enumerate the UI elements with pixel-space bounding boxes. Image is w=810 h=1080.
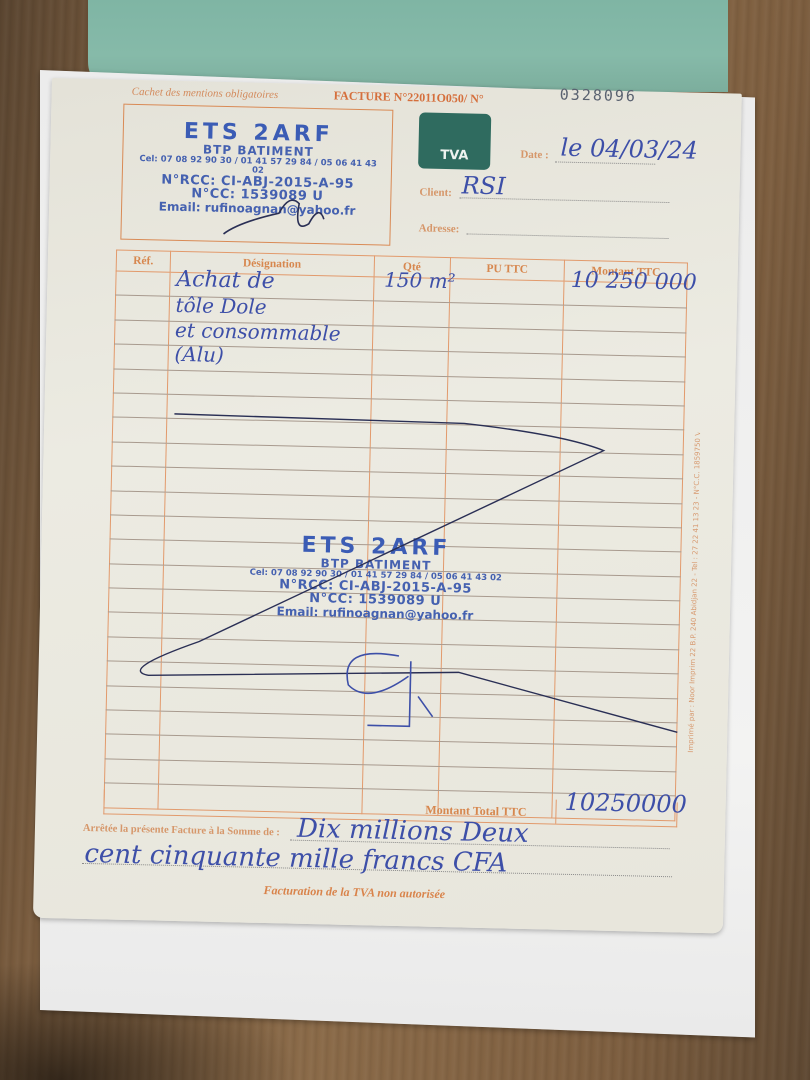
amount-in-words-label: Arrêtée la présente Facture à la Somme d… bbox=[83, 823, 280, 838]
date-value: le 04/03/24 bbox=[560, 134, 698, 165]
cell-qty bbox=[371, 350, 448, 376]
empty-cell bbox=[370, 423, 447, 449]
empty-cell bbox=[438, 766, 553, 793]
client-value: RSI bbox=[461, 171, 506, 200]
printer-imprint: Imprimé par : Noor Imprim 22 B.P. 240 Ab… bbox=[687, 433, 708, 753]
empty-cell bbox=[111, 466, 165, 492]
empty-cell bbox=[447, 376, 562, 403]
qty-text: 150 m² bbox=[384, 268, 456, 294]
cell-unit-price bbox=[449, 279, 564, 306]
empty-cell bbox=[439, 742, 554, 769]
tva-badge: TVA bbox=[418, 112, 491, 170]
stamp-caption: Cachet des mentions obligatoires bbox=[132, 86, 279, 101]
empty-cell bbox=[112, 417, 166, 443]
designation-text: Achat de bbox=[176, 267, 275, 294]
empty-cell bbox=[363, 740, 440, 766]
empty-cell bbox=[558, 525, 681, 552]
cell-amount: 10 250 000 bbox=[564, 281, 687, 308]
cell-amount bbox=[563, 306, 686, 333]
empty-cell bbox=[559, 476, 682, 503]
empty-cell bbox=[440, 669, 555, 696]
empty-cell bbox=[105, 759, 159, 785]
empty-cell bbox=[369, 472, 446, 498]
empty-cell bbox=[112, 442, 166, 468]
empty-cell bbox=[363, 716, 440, 742]
empty-cell bbox=[557, 598, 680, 625]
amount-text: 10 250 000 bbox=[571, 268, 698, 296]
cell-ref bbox=[115, 295, 169, 321]
company-stamp-box: ETS 2ARF BTP BATIMENT Cel: 07 08 92 90 3… bbox=[120, 104, 393, 246]
empty-cell bbox=[106, 686, 160, 712]
empty-cell bbox=[109, 564, 163, 590]
client-label: Client: bbox=[419, 186, 452, 199]
cell-qty bbox=[373, 301, 450, 327]
cell-qty bbox=[372, 326, 449, 352]
empty-cell bbox=[113, 393, 167, 419]
total-value: 10250000 bbox=[564, 788, 687, 819]
empty-cell bbox=[113, 369, 167, 395]
empty-cell bbox=[440, 693, 555, 720]
empty-cell bbox=[439, 717, 554, 744]
total-cell: 10250000 bbox=[555, 800, 677, 827]
empty-cell bbox=[370, 399, 447, 425]
address-label: Adresse: bbox=[419, 222, 460, 235]
date-label: Date : bbox=[520, 149, 549, 162]
company-stamp-center: ETS 2ARF BTP BATIMENT Cel: 07 08 92 90 3… bbox=[240, 532, 512, 623]
empty-cell bbox=[441, 644, 556, 671]
col-ref: Réf. bbox=[116, 250, 170, 272]
empty-cell bbox=[105, 734, 159, 760]
empty-cell bbox=[560, 427, 683, 454]
cell-unit-price bbox=[449, 303, 564, 330]
empty-cell bbox=[441, 620, 556, 647]
empty-cell bbox=[560, 452, 683, 479]
empty-cell bbox=[371, 374, 448, 400]
invoice-serial-number: 0328096 bbox=[560, 86, 638, 106]
empty-cell bbox=[365, 643, 442, 669]
empty-cell bbox=[365, 618, 442, 644]
empty-cell bbox=[446, 400, 561, 427]
empty-cell bbox=[107, 661, 161, 687]
empty-cell bbox=[107, 637, 161, 663]
cell-amount bbox=[563, 330, 686, 357]
empty-cell bbox=[562, 379, 685, 406]
empty-cell bbox=[554, 696, 677, 723]
empty-cell bbox=[445, 474, 560, 501]
empty-cell bbox=[555, 647, 678, 674]
invoice-number-label: FACTURE N°22011O050/ N° bbox=[333, 88, 483, 106]
empty-cell bbox=[558, 549, 681, 576]
designation-text: tôle Dole bbox=[175, 293, 267, 319]
empty-cell bbox=[364, 691, 441, 717]
cell-ref bbox=[114, 344, 168, 370]
cell-qty: 150 m² bbox=[373, 277, 450, 303]
empty-cell bbox=[110, 515, 164, 541]
empty-cell bbox=[364, 667, 441, 693]
empty-cell bbox=[445, 449, 560, 476]
empty-cell bbox=[111, 490, 165, 516]
company-stamp: ETS 2ARF BTP BATIMENT Cel: 07 08 92 90 3… bbox=[132, 119, 384, 218]
designation-text: et consommable bbox=[175, 318, 341, 346]
empty-cell bbox=[556, 623, 679, 650]
footer-note: Facturation de la TVA non autorisée bbox=[263, 883, 445, 902]
empty-cell bbox=[108, 612, 162, 638]
empty-cell bbox=[553, 744, 676, 771]
empty-cell bbox=[557, 574, 680, 601]
empty-cell bbox=[555, 671, 678, 698]
empty-cell bbox=[559, 501, 682, 528]
empty-cell bbox=[444, 498, 559, 525]
cell-amount bbox=[562, 354, 685, 381]
empty-cell bbox=[109, 539, 163, 565]
col-unit-price: PU TTC bbox=[450, 258, 565, 282]
empty-cell bbox=[106, 710, 160, 736]
cell-ref bbox=[116, 271, 170, 297]
empty-cell bbox=[369, 448, 446, 474]
cell-unit-price bbox=[448, 327, 563, 354]
empty-cell bbox=[446, 425, 561, 452]
designation-text: (Alu) bbox=[174, 342, 224, 367]
empty-cell bbox=[554, 720, 677, 747]
invoice-sheet: Cachet des mentions obligatoires FACTURE… bbox=[33, 78, 742, 933]
cell-unit-price bbox=[447, 352, 562, 379]
address-line bbox=[467, 233, 669, 239]
empty-cell bbox=[362, 765, 439, 791]
cell-ref bbox=[114, 320, 168, 346]
empty-cell bbox=[108, 588, 162, 614]
empty-cell bbox=[368, 496, 445, 522]
empty-cell bbox=[561, 403, 684, 430]
